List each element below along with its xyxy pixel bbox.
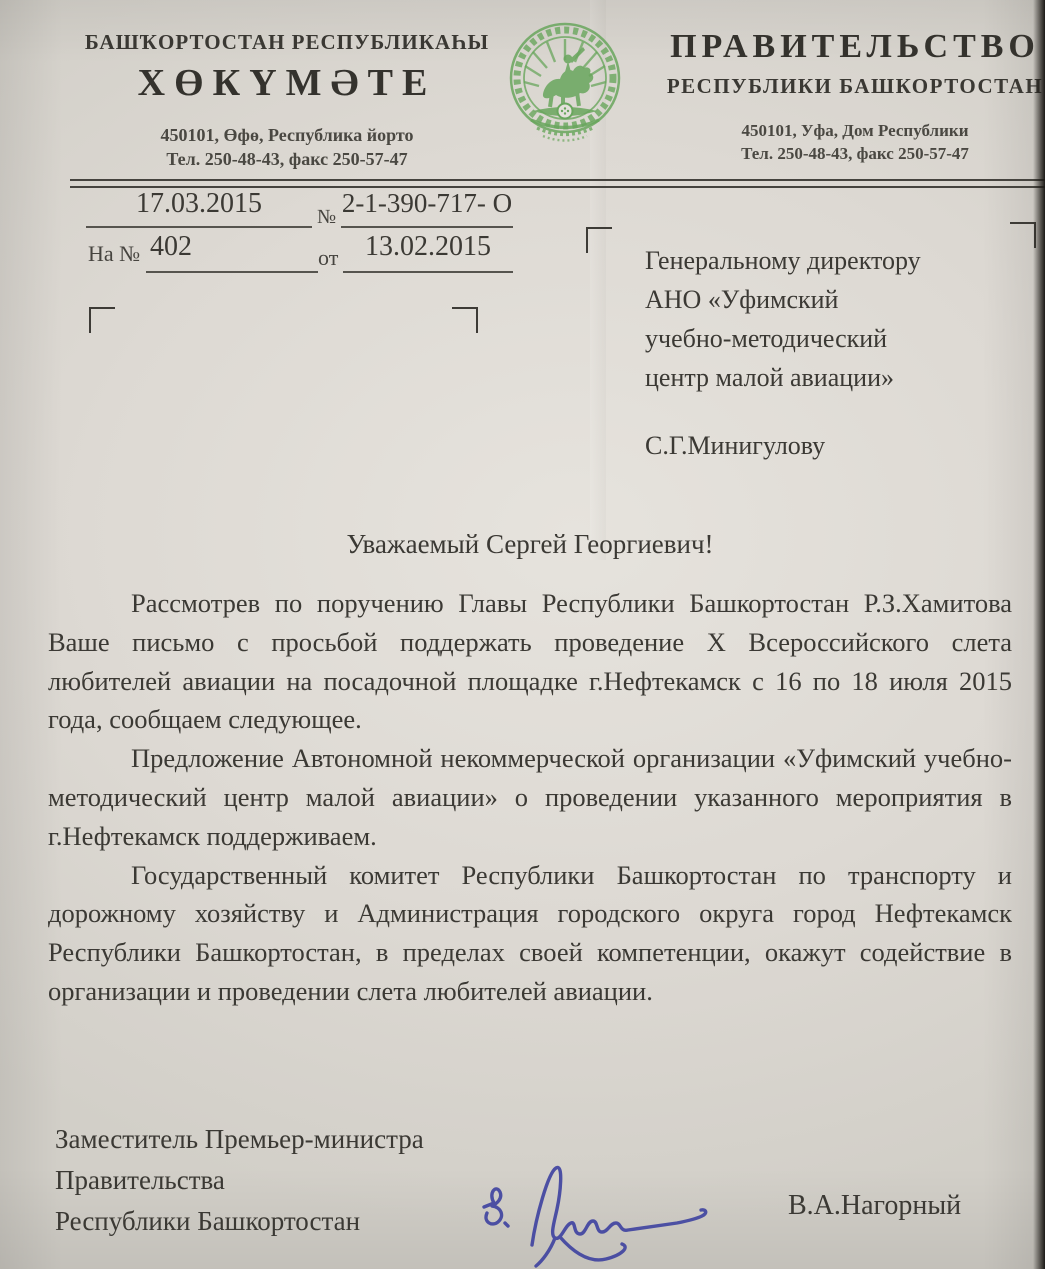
letterhead-bashkir-address: 450101, Өфө, Республика йорто [72,125,502,146]
body-paragraph-3: Государственный комитет Республики Башко… [48,856,1012,1011]
signatory-position-line: Правительства [55,1160,515,1201]
signatory-name: В.А.Нагорный [788,1190,961,1222]
letterhead-bashkir-phone: Тел. 250-48-43, факс 250-57-47 [72,149,502,170]
letterhead-russian-phone: Тел. 250-48-43, факс 250-57-47 [655,144,1045,164]
reply-number-field: 402 [146,231,318,273]
address-zone-mark-right-tl [586,227,612,253]
address-zone-mark-left-tl [89,307,115,333]
letterhead-bashkir-line1: БАШҠОРТОСТАН РЕСПУБЛИКАҺЫ [72,30,502,55]
letter-body: Рассмотрев по поручению Главы Республики… [48,584,1012,1011]
handwritten-signature-icon [472,1155,782,1269]
bashkortostan-coat-of-arms-icon [497,14,633,154]
recipient-name: С.Г.Минигулову [645,426,1030,465]
letterhead-russian: ПРАВИТЕЛЬСТВО РЕСПУБЛИКИ БАШКОРТОСТАН 45… [655,28,1045,164]
letterhead-russian-line2: РЕСПУБЛИКИ БАШКОРТОСТАН [655,74,1045,99]
number-label: № [317,206,336,229]
letterhead-russian-address: 450101, Уфа, Дом Республики [655,121,1045,141]
reply-date-field: 13.02.2015 [343,231,513,273]
recipient-line: Генеральному директору [645,241,1030,280]
letterhead-bashkir-line2: ХӨКҮМӘТЕ [72,61,502,105]
body-paragraph-1: Рассмотрев по поручению Главы Республики… [48,584,1012,739]
reply-to-label: На № [88,241,140,267]
address-zone-mark-left-tr [452,307,478,333]
outgoing-number-field: 2-1-390-717- О [341,188,513,228]
photo-edge [1033,0,1045,1269]
letterhead-bashkir: БАШҠОРТОСТАН РЕСПУБЛИКАҺЫ ХӨКҮМӘТЕ 45010… [72,30,502,170]
letterhead-russian-line1: ПРАВИТЕЛЬСТВО [655,28,1045,66]
signatory-position-line: Республики Башкортостан [55,1201,515,1242]
body-paragraph-2: Предложение Автономной некоммерческой ор… [48,739,1012,855]
recipient-line: учебно-методический [645,319,1030,358]
letterhead-divider [70,179,1045,188]
recipient-line: АНО «Уфимский [645,280,1030,319]
salutation: Уважаемый Сергей Георгиевич! [48,529,1012,560]
signatory-position-line: Заместитель Премьер-министра [55,1119,515,1160]
outgoing-date-field: 17.03.2015 [86,188,312,228]
scanned-letter: БАШҠОРТОСТАН РЕСПУБЛИКАҺЫ ХӨКҮМӘТЕ 45010… [0,0,1045,1269]
recipient-line: центр малой авиации» [645,358,1030,397]
recipient-block: Генеральному директору АНО «Уфимский уче… [645,241,1030,465]
reply-date-label: от [318,245,338,271]
signatory-position: Заместитель Премьер-министра Правительст… [55,1119,515,1242]
